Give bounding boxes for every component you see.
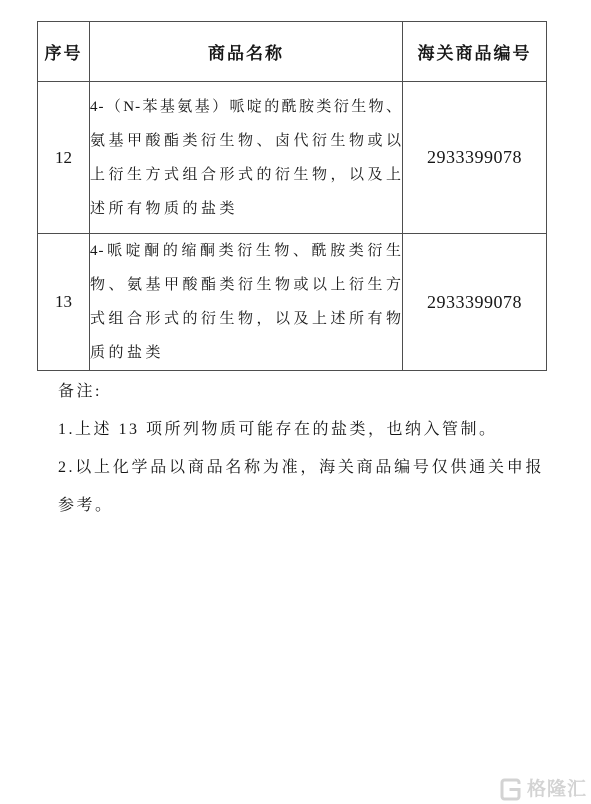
table-row: 12 4-（N-苯基氨基）哌啶的酰胺类衍生物、 氨基甲酸酯类衍生物、卤代衍生物或… <box>38 82 547 234</box>
notes-section: 备注: 1.上述 13 项所列物质可能存在的盐类，也纳入管制。 2.以上化学品以… <box>58 373 544 525</box>
product-name-line: 4-哌啶酮的缩酮类衍生物、酰胺类衍生 <box>90 234 402 268</box>
product-name-line: 氨基甲酸酯类衍生物、卤代衍生物或以 <box>90 124 402 158</box>
header-serial: 序号 <box>38 22 90 82</box>
note-item: 1.上述 13 项所列物质可能存在的盐类，也纳入管制。 <box>58 411 544 449</box>
gelonghui-logo-icon <box>499 778 522 801</box>
customs-table: 序号 商品名称 海关商品编号 12 4-（N-苯基氨基）哌啶的酰胺类衍生物、 氨… <box>37 21 547 371</box>
header-hs-code: 海关商品编号 <box>403 22 547 82</box>
serial-cell: 12 <box>38 82 90 234</box>
watermark-text: 格隆汇 <box>527 780 587 799</box>
hs-code-cell: 2933399078 <box>403 82 547 234</box>
serial-cell: 13 <box>38 234 90 371</box>
product-name-line: 4-（N-苯基氨基）哌啶的酰胺类衍生物、 <box>90 90 402 124</box>
product-name-line: 物、氨基甲酸酯类衍生物或以上衍生方 <box>90 268 402 302</box>
table-row: 13 4-哌啶酮的缩酮类衍生物、酰胺类衍生 物、氨基甲酸酯类衍生物或以上衍生方 … <box>38 234 547 371</box>
product-name-cell: 4-（N-苯基氨基）哌啶的酰胺类衍生物、 氨基甲酸酯类衍生物、卤代衍生物或以 上… <box>90 82 403 234</box>
product-name-cell: 4-哌啶酮的缩酮类衍生物、酰胺类衍生 物、氨基甲酸酯类衍生物或以上衍生方 式组合… <box>90 234 403 371</box>
header-product-name: 商品名称 <box>90 22 403 82</box>
table-header-row: 序号 商品名称 海关商品编号 <box>38 22 547 82</box>
note-item: 2.以上化学品以商品名称为准，海关商品编号仅供通关申报参考。 <box>58 449 544 525</box>
product-name-line: 质的盐类 <box>90 336 402 370</box>
product-name-line: 上衍生方式组合形式的衍生物，以及上 <box>90 158 402 192</box>
product-name-line: 式组合形式的衍生物，以及上述所有物 <box>90 302 402 336</box>
watermark: 格隆汇 <box>499 778 587 801</box>
notes-title: 备注: <box>58 373 544 411</box>
hs-code-cell: 2933399078 <box>403 234 547 371</box>
product-name-line: 述所有物质的盐类 <box>90 192 402 226</box>
